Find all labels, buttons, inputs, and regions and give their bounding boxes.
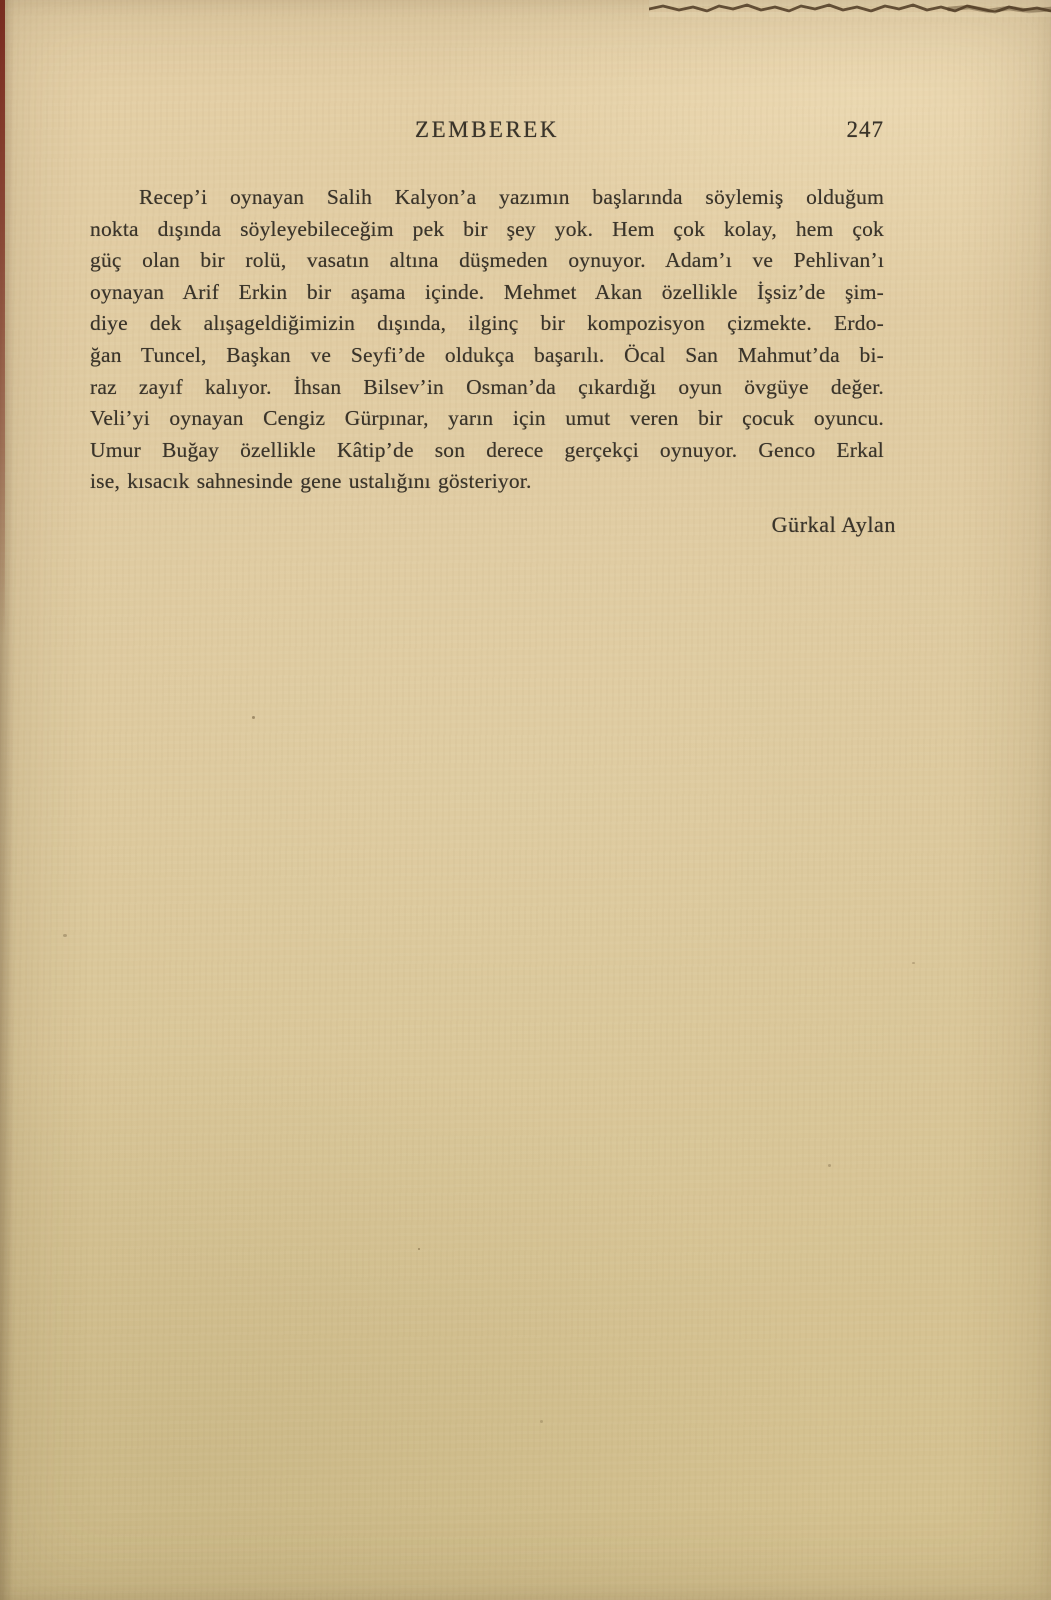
binding-edge: [0, 0, 5, 640]
text-line: ğan Tuncel, Başkan ve Seyfi’de oldukça b…: [90, 340, 884, 372]
author-signature: Gürkal Aylan: [90, 510, 896, 540]
paper-speck: [540, 1420, 543, 1423]
text-line: Veli’yi oynayan Cengiz Gürpınar, yarın i…: [90, 403, 884, 435]
paper-speck: [418, 1248, 420, 1250]
torn-paper-edge: [649, 0, 1051, 20]
body-paragraph: Recep’i oynayan Salih Kalyon’a yazımın b…: [90, 182, 884, 498]
running-head: ZEMBEREK 247: [90, 116, 884, 146]
paper-speck: [912, 962, 915, 964]
text-line: oynayan Arif Erkin bir aşama içinde. Meh…: [90, 277, 884, 309]
page-title: ZEMBEREK: [90, 116, 884, 144]
paper-speck: [252, 716, 255, 719]
paper-speck: [828, 1164, 831, 1167]
text-line: raz zayıf kalıyor. İhsan Bilsev’in Osman…: [90, 372, 884, 404]
text-line: diye dek alışageldiğimizin dışında, ilgi…: [90, 308, 884, 340]
text-line: nokta dışında söyleyebileceğim pek bir ş…: [90, 214, 884, 246]
page-number: 247: [847, 116, 885, 144]
text-line: güç olan bir rolü, vasatın altına düşmed…: [90, 245, 884, 277]
text-line: ise, kısacık sahnesinde gene ustalığını …: [90, 466, 884, 498]
scanned-book-page: ZEMBEREK 247 Recep’i oynayan Salih Kalyo…: [0, 0, 1051, 1600]
text-line: Umur Buğay özellikle Kâtip’de son derece…: [90, 435, 884, 467]
text-line: Recep’i oynayan Salih Kalyon’a yazımın b…: [90, 182, 884, 214]
paper-speck: [63, 934, 67, 937]
